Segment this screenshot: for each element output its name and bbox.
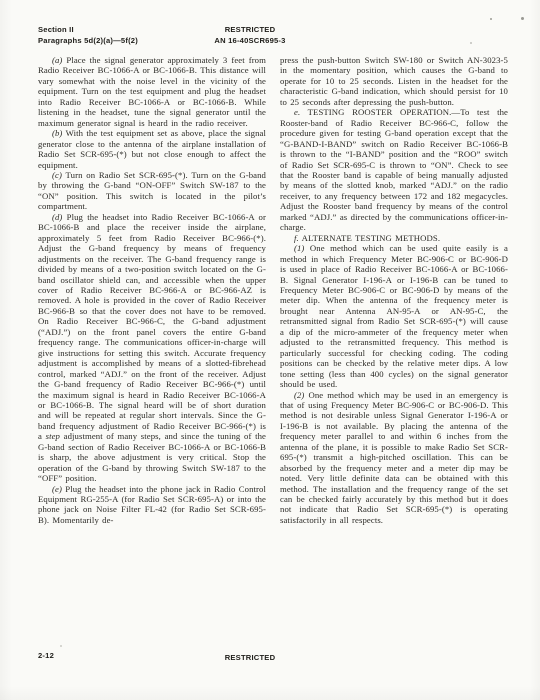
paragraph: (d) Plug the headset into Radio Receiver… [38,212,266,484]
header-doc-number: AN 16-40SCR695-3 [130,36,370,47]
header-section-label: Section II [38,25,138,36]
header-classification: RESTRICTED [130,25,370,36]
left-column: (a) Place the signal generator approxima… [38,55,266,525]
paragraph: (c) Turn on Radio Set SCR-695-(*). Turn … [38,170,266,212]
paragraph: (1) One method which can be used quite e… [280,243,508,389]
paragraph: (b) With the test equipment set as above… [38,128,266,170]
header-paragraph-range: Paragraphs 5d(2)(a)—5f(2) [38,36,138,47]
footer-page-number: 2-12 [38,651,54,662]
header-section-block: Section II Paragraphs 5d(2)(a)—5f(2) [38,25,138,46]
paragraph: (2) One method which may be used in an e… [280,390,508,526]
scan-speck [470,42,472,44]
document-body: (a) Place the signal generator approxima… [38,55,508,525]
paragraph: (a) Place the signal generator approxima… [38,55,266,128]
document-page: Section II Paragraphs 5d(2)(a)—5f(2) RES… [0,0,540,700]
footer-classification: RESTRICTED [130,653,370,664]
paragraph: e. TESTING ROOSTER OPERATION.—To test th… [280,107,508,232]
paragraph: (e) Plug the headset into the phone jack… [38,484,266,526]
scan-speck [60,645,62,647]
header-center-block: RESTRICTED AN 16-40SCR695-3 [130,25,370,46]
paragraph: f. ALTERNATE TESTING METHODS. [280,233,508,243]
paragraph: press the push-button Switch SW-180 or S… [280,55,508,107]
scan-speck [490,18,492,20]
scan-speck [521,17,524,20]
right-column: press the push-button Switch SW-180 or S… [280,55,508,525]
